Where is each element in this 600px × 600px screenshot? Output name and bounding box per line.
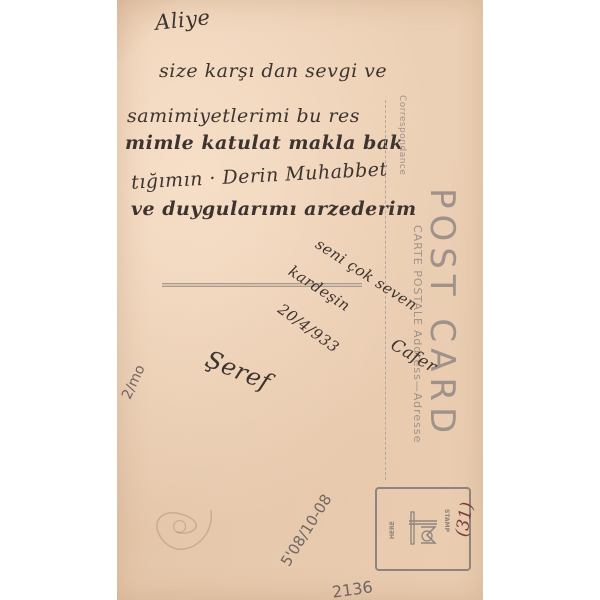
- post-card-title: POST CARD: [422, 188, 462, 439]
- message-line-5: ve duygularımı arzederim: [131, 198, 417, 220]
- signature: Şeref: [202, 345, 275, 396]
- correspondence-label: Correspondance: [397, 95, 407, 175]
- stamp-label-bottom: HERE: [389, 521, 396, 539]
- message-line-1: size karşı dan sevgi ve: [159, 60, 387, 82]
- pencil-note-date: 5'08/10-08: [277, 491, 335, 570]
- pencil-note-number: 2136: [331, 577, 374, 600]
- publisher-logo-icon: [407, 509, 439, 547]
- pencil-note-left: 2/mo: [119, 363, 149, 402]
- emboss-swirl-icon: [130, 478, 234, 582]
- message-line-4: tığımın · Derin Muhabbet: [131, 158, 389, 193]
- message-line-2: samimiyetlerimi bu res: [127, 105, 360, 127]
- postcard-back: Aliye size karşı dan sevgi ve samimiyetl…: [117, 0, 483, 600]
- salutation: Aliye: [154, 5, 212, 35]
- embossed-studio-mark: [130, 478, 234, 582]
- stamp-label-top: STAMP: [443, 509, 450, 532]
- message-line-3: mimle katulat makla bak: [125, 132, 403, 154]
- date: 20/4/933: [274, 300, 342, 357]
